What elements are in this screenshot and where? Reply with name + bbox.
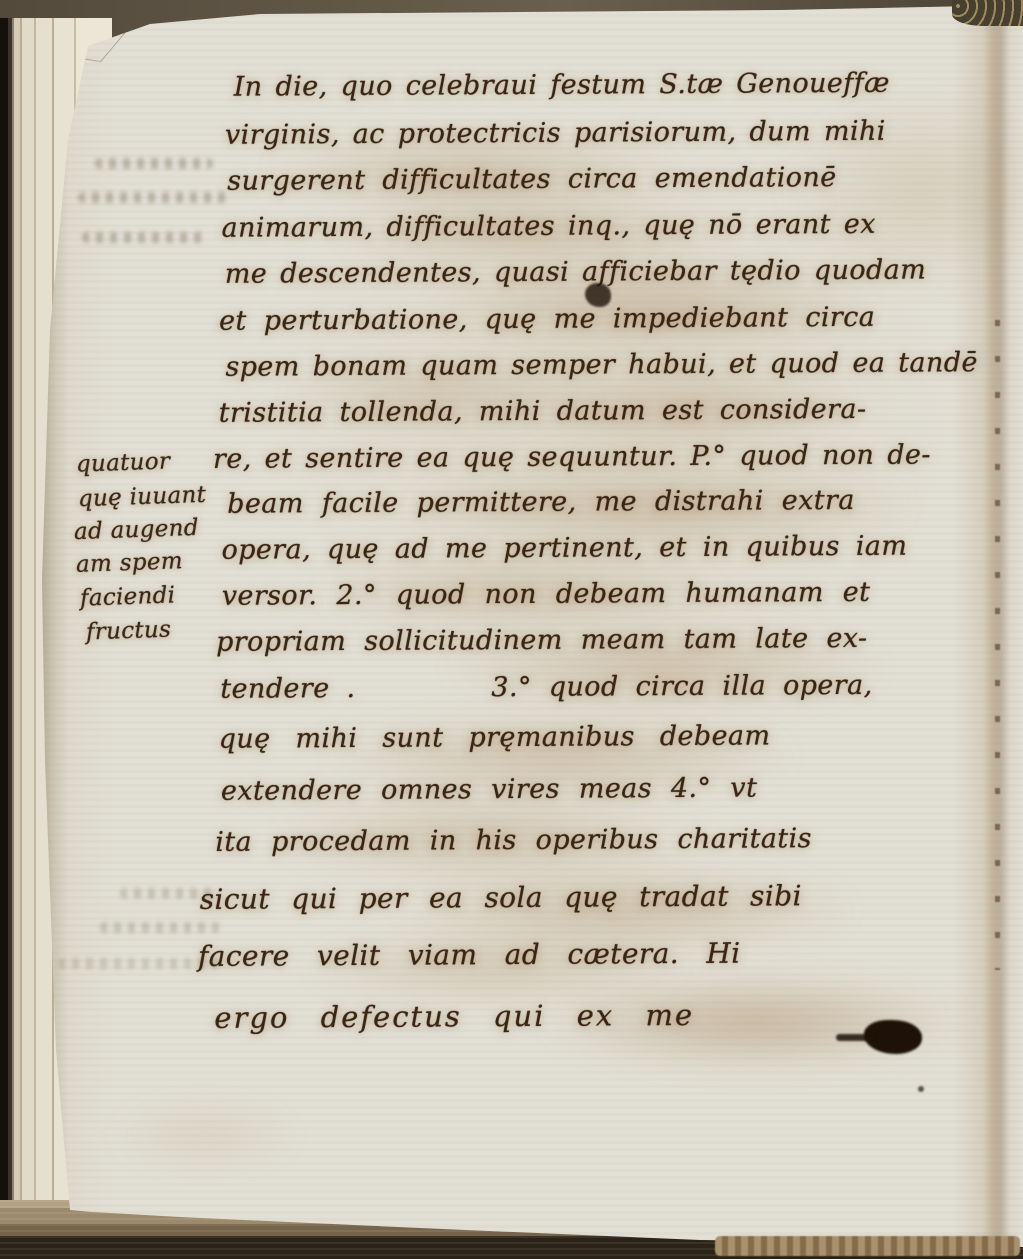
- binding-top-right: [952, 0, 1023, 26]
- text-line: ergo defectus qui ex me: [214, 1001, 694, 1033]
- text-line: virginis, ac protectricis parisiorum, du…: [225, 118, 886, 149]
- text-line: surgerent difficultates circa emendation…: [227, 164, 836, 195]
- ink-speck: [918, 1086, 924, 1092]
- manuscript-scan: quatuor quę iuuant ad augend am spem fac…: [0, 0, 1023, 1259]
- text-line: In die, quo celebraui festum S.tæ Genoue…: [234, 70, 890, 101]
- bottom-page-edges: [715, 1236, 1020, 1256]
- text-line: ita procedam in his operibus charitatis: [215, 825, 812, 856]
- text-line: beam facile permittere, me distrahi extr…: [227, 487, 855, 518]
- text-line: propriam sollicitudinem meam tam late ex…: [216, 625, 868, 656]
- manuscript-page: quatuor quę iuuant ad augend am spem fac…: [0, 0, 1023, 1259]
- text-line: spem bonam quam semper habui, et quod ea…: [225, 349, 978, 381]
- text-line: sicut qui per ea sola quę tradat sibi: [200, 882, 802, 914]
- ink-blot-tail: [836, 1034, 876, 1041]
- text-line: me descendentes, quasi afficiebar tędio …: [225, 256, 926, 287]
- text-line: facere velit viam ad cætera. Hi: [198, 940, 741, 971]
- text-line: opera, quę ad me pertinent, et in quibus…: [221, 533, 907, 564]
- text-line: tendere . 3.° quod circa illa opera,: [220, 672, 872, 703]
- text-line: quę mihi sunt pręmanibus debeam: [219, 722, 771, 752]
- text-line: extendere omnes vires meas 4.° vt: [221, 775, 757, 805]
- ink-blot: [585, 283, 611, 307]
- text-line: re, et sentire ea quę sequuntur. P.° quo…: [213, 441, 931, 472]
- text-line: animarum, difficultates inq., quę nō era…: [221, 211, 875, 242]
- text-line: versor. 2.° quod non debeam humanam et: [222, 579, 871, 610]
- manuscript-text: In die, quo celebraui festum S.tæ Genoue…: [0, 0, 1023, 1259]
- text-line: et perturbatione, quę me impediebant cir…: [219, 304, 875, 335]
- text-line: tristitia tollenda, mihi datum est consi…: [219, 396, 867, 427]
